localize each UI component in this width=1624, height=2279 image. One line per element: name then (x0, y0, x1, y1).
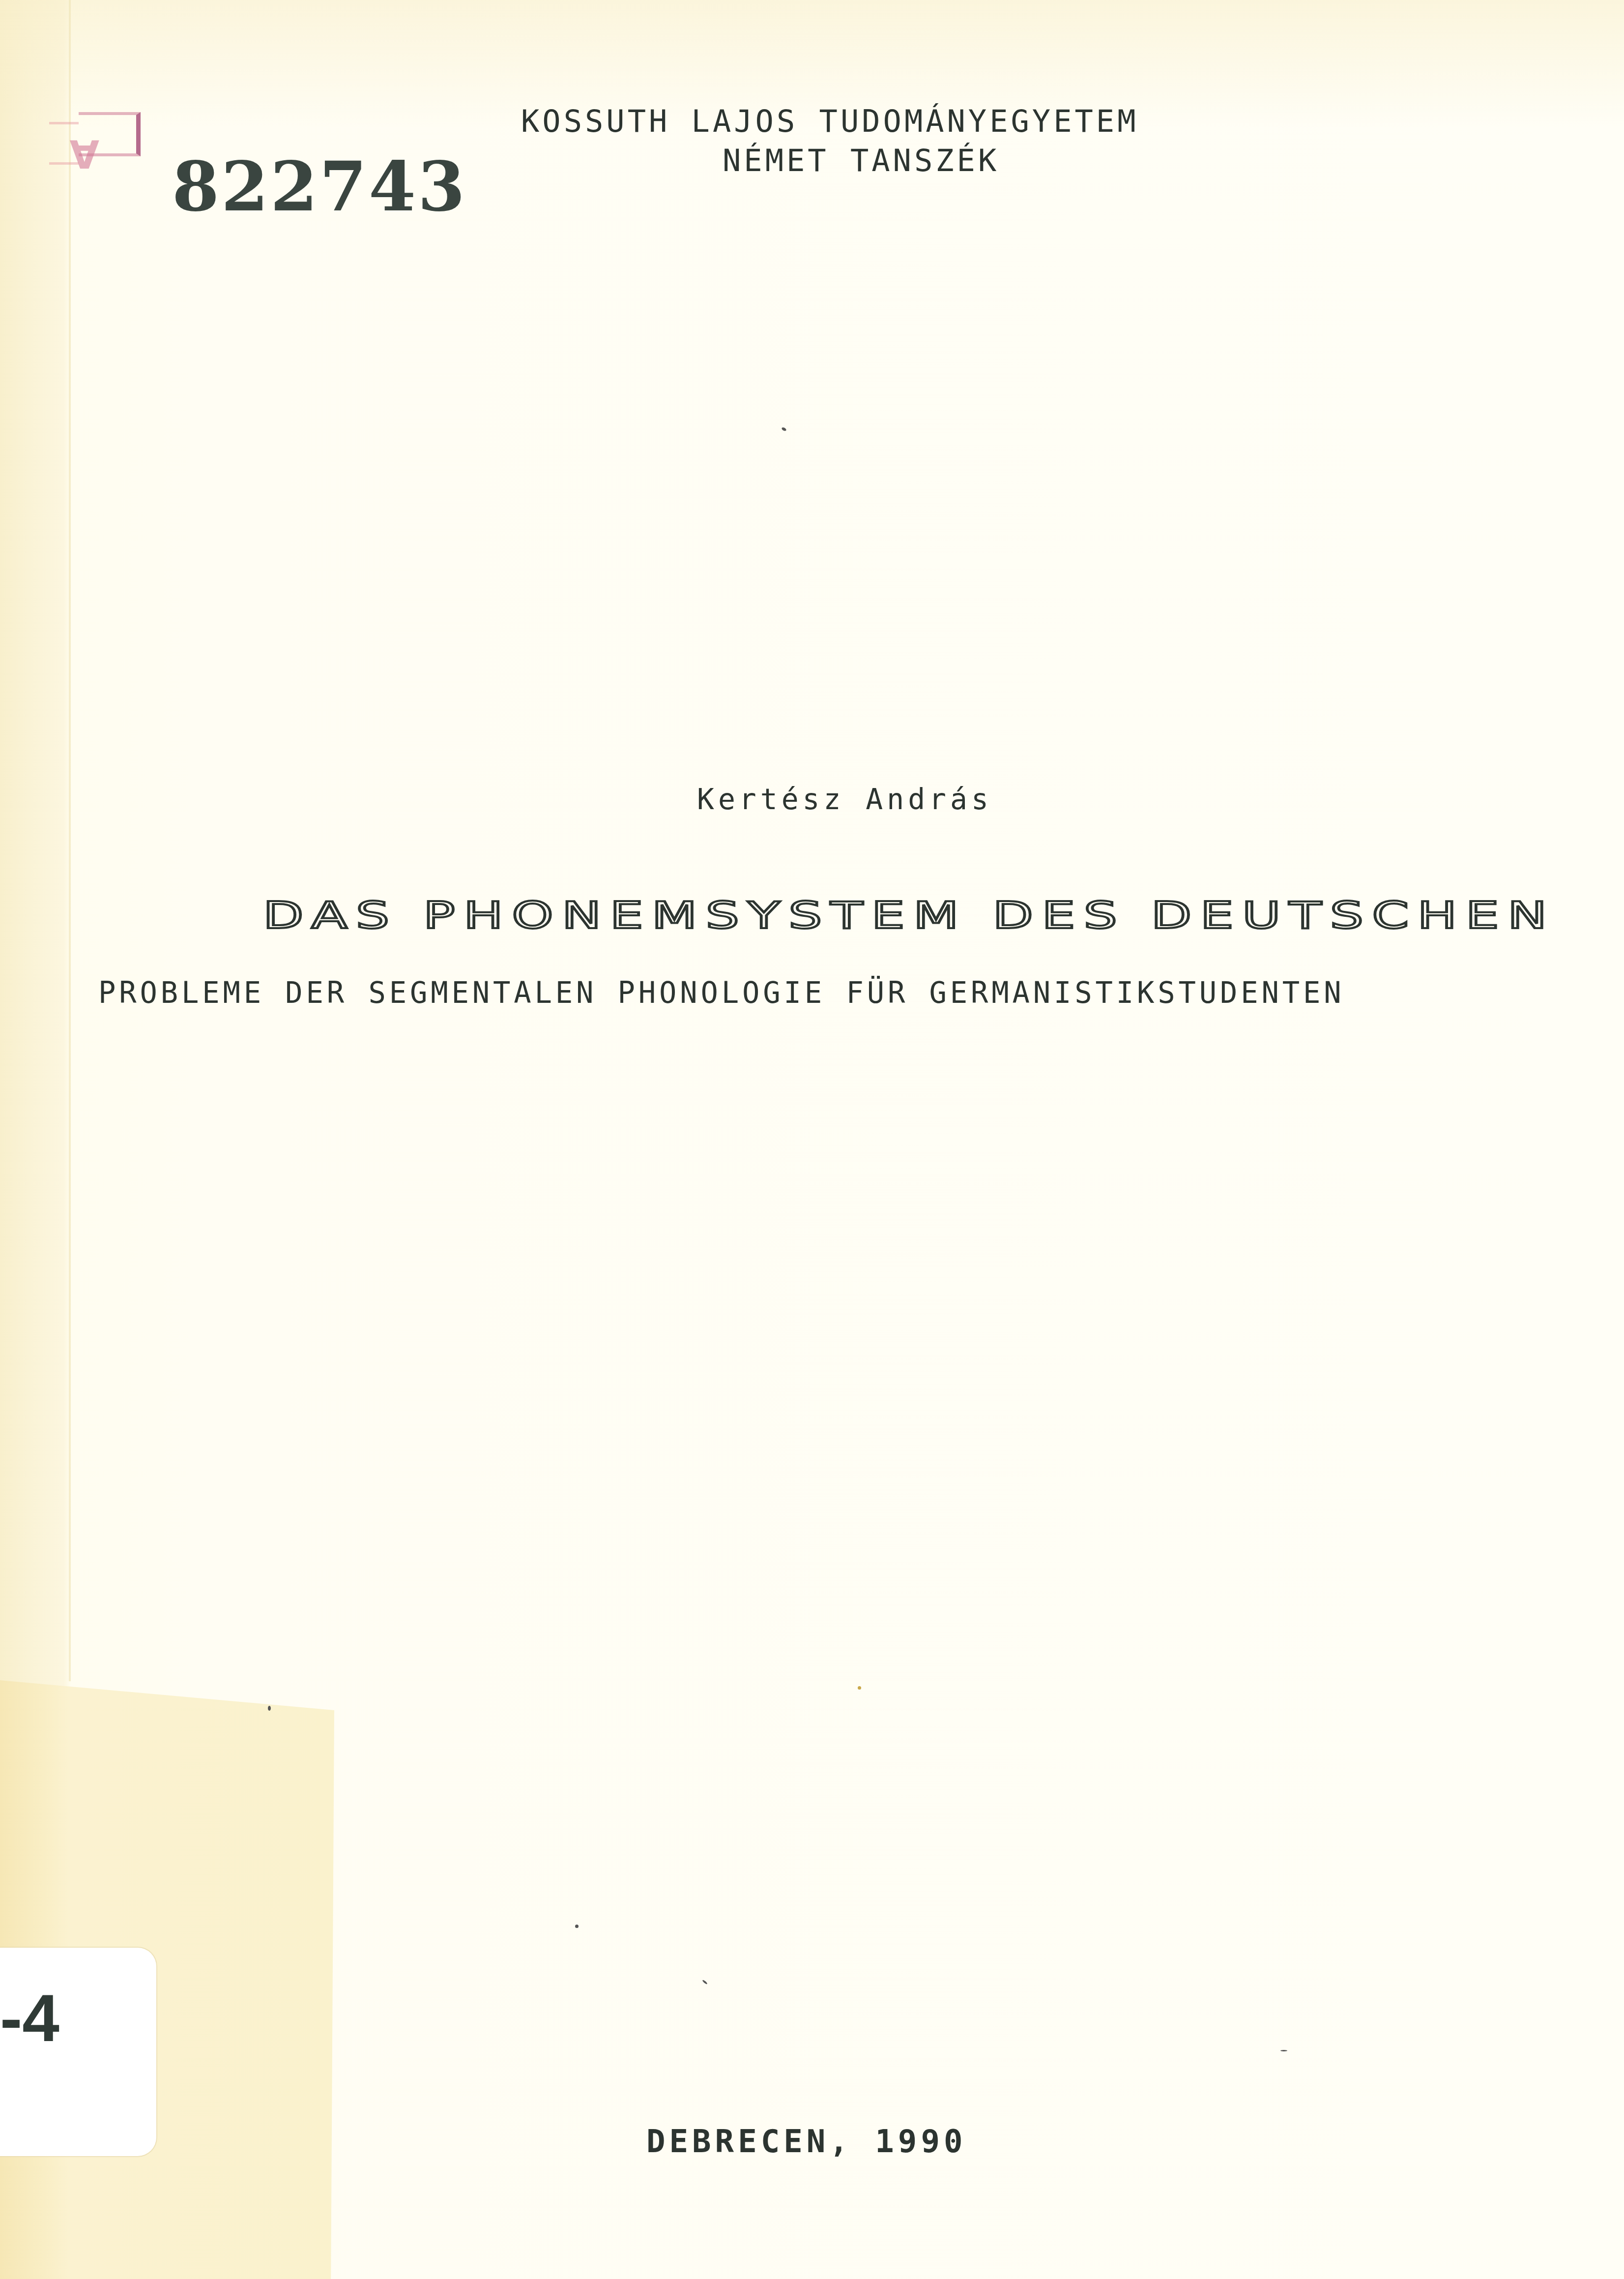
place-and-year: DEBRECEN, 1990 (646, 2124, 966, 2160)
stamp-letter: A (78, 134, 99, 173)
document-page: A 822743 KOSSUTH LAJOS TUDOMÁNYEGYETEM N… (0, 0, 1624, 2279)
document-subtitle: PROBLEME DER SEGMENTALEN PHONOLOGIE FÜR … (98, 976, 1345, 1010)
paper-speck (781, 427, 787, 432)
inventory-number: 822743 (172, 147, 467, 226)
paper-speck (268, 1706, 271, 1711)
paper-speck (575, 1925, 579, 1928)
shelf-code: -4 (0, 1984, 59, 2052)
stamp-fragment (49, 122, 79, 124)
department-name: NÉMET TANSZÉK (723, 143, 1067, 178)
paper-speck (858, 1686, 861, 1690)
institution-name: KOSSUTH LAJOS TUDOMÁNYEGYETEM (521, 103, 1234, 139)
paper-speck (1280, 2050, 1287, 2051)
binding-edge (69, 0, 71, 1681)
document-title: DAS PHONEMSYSTEM DES DEUTSCHEN (263, 895, 1556, 937)
paper-speck (702, 1980, 708, 1985)
author-name: Kertész András (697, 783, 992, 816)
